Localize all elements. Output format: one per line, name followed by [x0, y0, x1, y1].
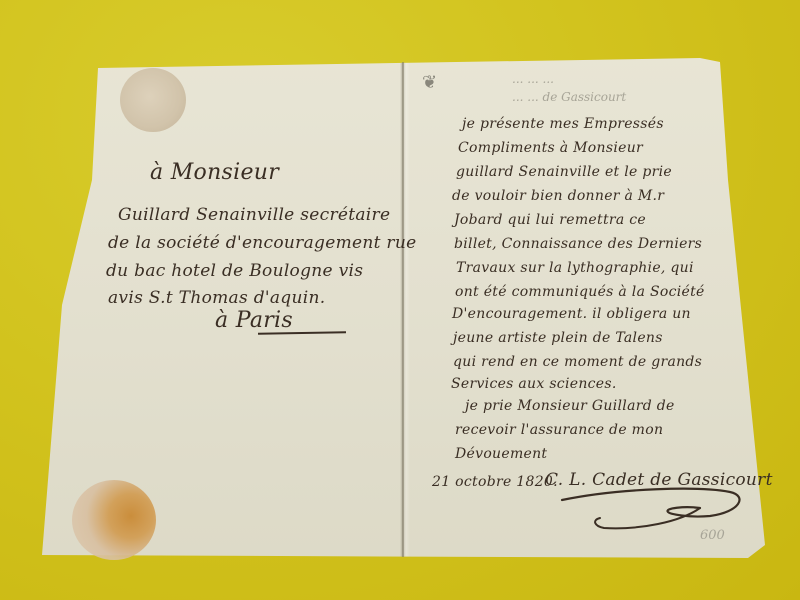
letter-line: jeune artiste plein de Talens — [453, 330, 663, 346]
letter-line: je prie Monsieur Guillard de — [465, 398, 675, 414]
wax-seal-mark-top — [120, 68, 186, 132]
letter-line: guillard Senainville et le prie — [456, 164, 672, 180]
signature-flourish-icon — [560, 478, 760, 538]
paper-fold — [402, 62, 404, 557]
pencil-note-line: ... ... ... — [512, 72, 554, 86]
pencil-note-line: ... ... de Gassicourt — [512, 90, 626, 104]
letter-line: recevoir l'assurance de mon — [455, 422, 663, 438]
ink-stamp-icon: ❦ — [422, 72, 437, 93]
address-city: à Paris — [215, 308, 293, 333]
letter-line: D'encouragement. il obligera un — [452, 306, 691, 322]
letter-line: Services aux sciences. — [451, 376, 617, 392]
address-line: à Monsieur — [150, 160, 279, 185]
letter-line: billet, Connaissance des Derniers — [454, 236, 702, 252]
letter-line: je présente mes Empressés — [462, 116, 664, 132]
address-line: de la société d'encouragement rue — [108, 233, 416, 253]
letter-line: Jobard qui lui remettra ce — [454, 212, 646, 228]
letter-line: Travaux sur la lythographie, qui — [456, 260, 694, 276]
address-line: du bac hotel de Boulogne vis — [106, 261, 363, 281]
address-line: Guillard Senainville secrétaire — [118, 205, 390, 225]
letter-date: 21 octobre 1820. — [432, 474, 558, 490]
letter-line: ont été communiqués à la Société — [455, 284, 705, 300]
letter-line: Dévouement — [455, 446, 547, 462]
pencil-corner-number: 600 — [700, 528, 725, 543]
letter-line: de vouloir bien donner à M.r — [452, 188, 664, 204]
letter-line: Compliments à Monsieur — [458, 140, 643, 156]
address-line: avis S.t Thomas d'aquin. — [108, 288, 325, 308]
wax-seal-stain-bottom — [72, 480, 156, 560]
letter-line: qui rend en ce moment de grands — [453, 354, 702, 370]
